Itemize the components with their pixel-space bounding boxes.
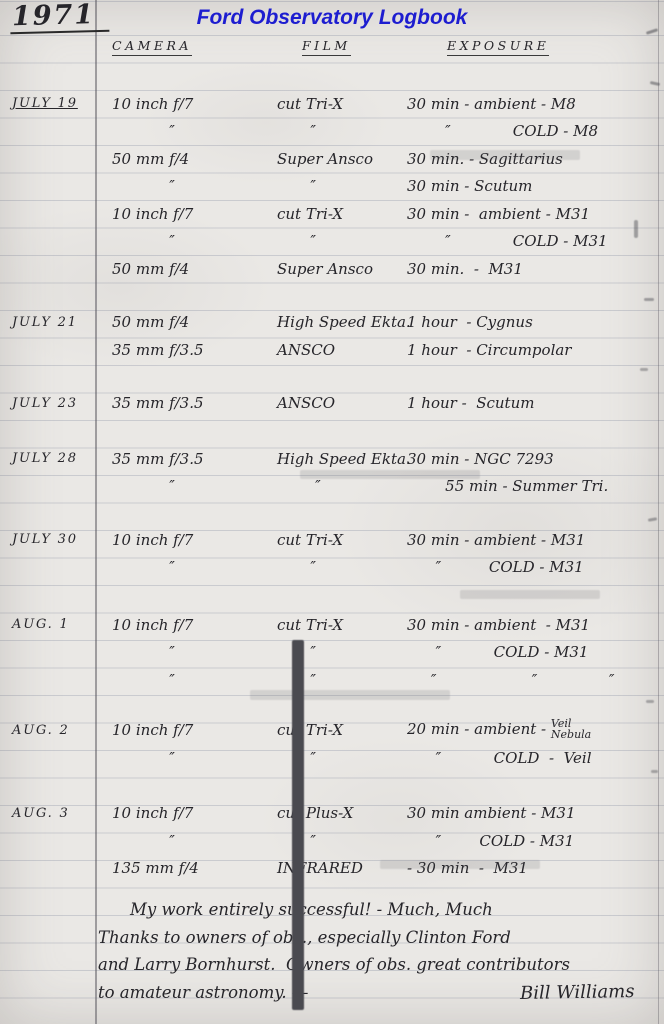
- camera-cell: 50 mm f/4: [95, 150, 265, 168]
- camera-cell: ″: [95, 477, 265, 495]
- camera-cell: ″: [95, 177, 265, 195]
- log-row: 135 mm f/4INFRARED- 30 min - M31: [0, 855, 664, 883]
- footer-note: My work entirely successful! - Much, Muc…: [0, 896, 664, 1006]
- exposure-cell: ″ COLD - M31: [405, 832, 664, 850]
- film-cell: ANSCO: [265, 341, 405, 359]
- log-row: ″ ″ ″ COLD - M31: [0, 554, 664, 582]
- bleed-smudge: [460, 590, 600, 599]
- camera-cell: ″: [95, 558, 265, 576]
- film-cell: ″: [265, 671, 405, 689]
- camera-cell: 10 inch f/7: [95, 95, 265, 113]
- camera-cell: 35 mm f/3.5: [95, 341, 265, 359]
- column-header-film: FILM: [302, 38, 351, 56]
- camera-cell: ″: [95, 832, 265, 850]
- log-row: ″ ″30 min - Scutum: [0, 173, 664, 201]
- log-entry-group: AUG. 110 inch f/7cut Tri-X30 min - ambie…: [0, 611, 664, 694]
- footer-line: Thanks to owners of obs., especially Cli…: [0, 924, 664, 952]
- log-row: JULY 3010 inch f/7cut Tri-X30 min - ambi…: [0, 526, 664, 554]
- camera-cell: ″: [95, 671, 265, 689]
- camera-cell: 135 mm f/4: [95, 859, 265, 877]
- exposure-cell: ″ COLD - M31: [405, 643, 664, 661]
- film-cell: cut Tri-X: [265, 95, 405, 113]
- film-cell: ″: [265, 232, 405, 250]
- exposure-cell: ″ ″ ″: [405, 671, 664, 689]
- log-row: 35 mm f/3.5ANSCO1 hour - Circumpolar: [0, 336, 664, 364]
- log-row: ″ ″ ″ COLD - M31: [0, 228, 664, 256]
- ink-mark: [640, 368, 648, 371]
- exposure-cell: ″ COLD - Veil: [405, 749, 664, 767]
- log-row: JULY 1910 inch f/7cut Tri-X30 min - ambi…: [0, 90, 664, 118]
- exposure-cell: 30 min - Scutum: [405, 177, 664, 195]
- film-cell: cut Tri-X: [265, 721, 405, 739]
- exposure-cell: 1 hour - Circumpolar: [405, 341, 664, 359]
- camera-cell: 35 mm f/3.5: [95, 394, 265, 412]
- log-entry-group: JULY 2335 mm f/3.5ANSCO1 hour - Scutum: [0, 390, 664, 418]
- camera-cell: 10 inch f/7: [95, 721, 265, 739]
- date-cell: JULY 28: [0, 451, 95, 466]
- log-row: 10 inch f/7cut Tri-X30 min - ambient - M…: [0, 200, 664, 228]
- film-cell: ANSCO: [265, 394, 405, 412]
- bleed-smudge: [250, 690, 450, 700]
- log-row: AUG. 110 inch f/7cut Tri-X30 min - ambie…: [0, 611, 664, 639]
- exposure-cell: 30 min - ambient - M31: [405, 205, 664, 223]
- film-cell: Super Ansco: [265, 150, 405, 168]
- film-cell: cut Tri-X: [265, 616, 405, 634]
- bleed-smudge: [380, 860, 540, 869]
- camera-cell: 10 inch f/7: [95, 616, 265, 634]
- logbook-page: 1971 Ford Observatory Logbook CAMERA FIL…: [0, 0, 664, 1024]
- log-row: JULY 2335 mm f/3.5ANSCO1 hour - Scutum: [0, 390, 664, 418]
- log-entry-group: AUG. 310 inch f/7cut Plus-X30 min ambien…: [0, 800, 664, 883]
- exposure-cell: 30 min - ambient - M31: [405, 531, 664, 549]
- date-cell: AUG. 3: [0, 806, 95, 821]
- date-cell: AUG. 2: [0, 723, 95, 738]
- log-entry-group: JULY 2150 mm f/4High Speed Ekta.1 hour -…: [0, 309, 664, 364]
- log-row: ″ ″ ″ COLD - M31: [0, 827, 664, 855]
- log-row: JULY 2150 mm f/4High Speed Ekta.1 hour -…: [0, 309, 664, 337]
- date-cell: JULY 21: [0, 315, 95, 330]
- exposure-cell: 30 min - ambient - M31: [405, 616, 664, 634]
- camera-cell: ″: [95, 749, 265, 767]
- date-cell: AUG. 1: [0, 617, 95, 632]
- date-cell: JULY 23: [0, 396, 95, 411]
- camera-cell: 10 inch f/7: [95, 531, 265, 549]
- film-cell: ″: [265, 122, 405, 140]
- camera-cell: 50 mm f/4: [95, 313, 265, 331]
- camera-cell: 10 inch f/7: [95, 205, 265, 223]
- film-cell: cut Tri-X: [265, 531, 405, 549]
- film-cell: cut Plus-X: [265, 804, 405, 822]
- log-row: AUG. 310 inch f/7cut Plus-X30 min ambien…: [0, 800, 664, 828]
- film-cell: ″: [265, 749, 405, 767]
- date-cell: JULY 30: [0, 532, 95, 547]
- film-cell: ″: [265, 643, 405, 661]
- film-cell: High Speed Ekta.: [265, 313, 405, 331]
- camera-cell: 35 mm f/3.5: [95, 450, 265, 468]
- film-cell: ″: [265, 177, 405, 195]
- footer-line: and Larry Bornhurst. Owners of obs. grea…: [0, 951, 664, 979]
- exposure-cell: ″ COLD - M31: [405, 558, 664, 576]
- log-entry-group: JULY 1910 inch f/7cut Tri-X30 min - ambi…: [0, 90, 664, 283]
- exposure-cell: 20 min - ambient - VeilNebula: [405, 719, 664, 741]
- log-row: ″ ″ ″ COLD - Veil: [0, 744, 664, 772]
- log-row: 50 mm f/4Super Ansco30 min. - M31: [0, 255, 664, 283]
- log-entry-group: AUG. 210 inch f/7cut Tri-X20 min - ambie…: [0, 717, 664, 772]
- film-cell: High Speed Ekta.: [265, 450, 405, 468]
- log-row: ″ ″ ″ COLD - M31: [0, 639, 664, 667]
- ink-mark: [634, 220, 638, 238]
- ink-mark: [644, 298, 654, 301]
- date-cell: JULY 19: [0, 96, 95, 111]
- page-title: Ford Observatory Logbook: [0, 6, 664, 30]
- signature: Bill Williams: [519, 981, 634, 1004]
- camera-cell: 50 mm f/4: [95, 260, 265, 278]
- exposure-cell: 30 min - NGC 7293: [405, 450, 664, 468]
- exposure-cell: 30 min - ambient - M8: [405, 95, 664, 113]
- log-row: ″ ″ ″ COLD - M8: [0, 118, 664, 146]
- bleed-smudge: [430, 150, 580, 160]
- film-cell: cut Tri-X: [265, 205, 405, 223]
- exposure-cell: ″ COLD - M8: [405, 122, 664, 140]
- camera-cell: ″: [95, 122, 265, 140]
- exposure-cell: 30 min. - M31: [405, 260, 664, 278]
- log-row: AUG. 210 inch f/7cut Tri-X20 min - ambie…: [0, 717, 664, 745]
- log-entry-group: JULY 3010 inch f/7cut Tri-X30 min - ambi…: [0, 526, 664, 581]
- ink-mark: [651, 770, 658, 773]
- log-entries: JULY 1910 inch f/7cut Tri-X30 min - ambi…: [0, 90, 664, 908]
- footer-line: My work entirely successful! - Much, Muc…: [0, 896, 664, 924]
- column-header-exposure: EXPOSURE: [447, 38, 549, 56]
- film-cell: ″: [265, 832, 405, 850]
- camera-cell: ″: [95, 232, 265, 250]
- paper-crease: [292, 640, 304, 1010]
- camera-cell: 10 inch f/7: [95, 804, 265, 822]
- film-cell: ″: [265, 477, 405, 495]
- exposure-cell: 1 hour - Cygnus: [405, 313, 664, 331]
- log-row: JULY 2835 mm f/3.5High Speed Ekta.30 min…: [0, 445, 664, 473]
- exposure-cell: 1 hour - Scutum: [405, 394, 664, 412]
- camera-cell: ″: [95, 643, 265, 661]
- film-cell: ″: [265, 558, 405, 576]
- column-header-camera: CAMERA: [112, 38, 192, 56]
- exposure-cell: 30 min ambient - M31: [405, 804, 664, 822]
- exposure-cell: ″ COLD - M31: [405, 232, 664, 250]
- bleed-smudge: [300, 470, 480, 479]
- exposure-cell: 55 min - Summer Tri.: [405, 477, 664, 495]
- film-cell: Super Ansco: [265, 260, 405, 278]
- stacked-text: VeilNebula: [551, 718, 591, 740]
- ink-mark: [646, 700, 654, 703]
